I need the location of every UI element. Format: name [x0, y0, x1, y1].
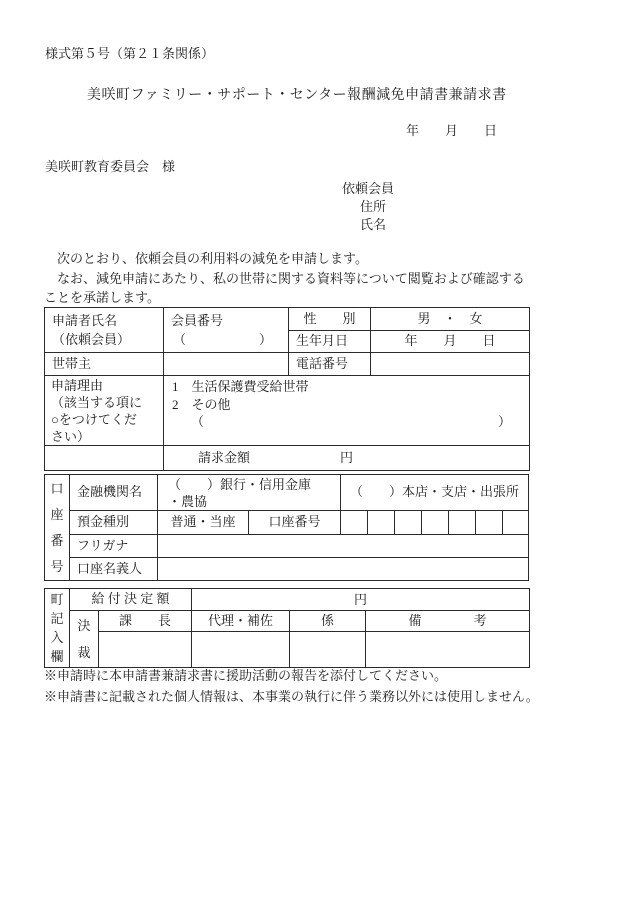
approval-cell-staff	[290, 632, 366, 668]
approval-cell-remarks	[366, 632, 530, 668]
date-line: 年 月 日	[44, 123, 529, 139]
branch-type-field: （ ）本店・支店・出張所	[341, 475, 529, 511]
paren-open: （	[173, 330, 186, 349]
account-number-label: 口座番号	[249, 511, 341, 535]
column-remarks: 備 考	[366, 611, 530, 632]
birth-date-field: 年 月 日	[371, 331, 530, 353]
account-digit-cell	[395, 511, 422, 535]
furigana-label: フリガナ	[70, 535, 158, 558]
gender-label: 性 別	[289, 308, 371, 331]
office-side-label-text: 町記入欄	[50, 590, 65, 666]
applicant-name-label: 申請者氏名 （依頼会員）	[45, 308, 164, 353]
bank-type-field: （ ）銀行・信用金庫 ・農協	[158, 475, 341, 511]
grant-amount-field: 円	[192, 589, 530, 611]
furigana-field	[158, 535, 529, 558]
signer-name-label: 氏名	[360, 217, 386, 233]
account-table: 口座番号 金融機関名 （ ）銀行・信用金庫 ・農協 （ ）本店・支店・出張所 預…	[44, 474, 529, 581]
body-line-2: なお、減免申請にあたり、私の世帯に関する資料等について閲覧および確認する	[44, 269, 544, 289]
form-page: 様式第５号（第２１条関係） 美咲町ファミリー・サポート・センター報酬減免申請書兼…	[0, 0, 630, 903]
reason-label-line1: 申請理由	[45, 377, 163, 394]
paren-close: ）	[498, 413, 511, 431]
claim-amount-label: 請求金額	[198, 450, 250, 466]
signer-member-label: 依頼会員	[342, 181, 394, 197]
note-attachment: ※申請時に本申請書兼請求書に援助活動の報告を添付してください。	[44, 668, 447, 684]
householder-label: 世帯主	[45, 353, 164, 376]
gender-value: 男 ・ 女	[371, 308, 530, 331]
account-digit-cell	[476, 511, 503, 535]
applicant-name-label-line2: （依頼会員）	[52, 330, 163, 349]
office-table: 町記入欄 給 付 決 定 額 円 決裁 課 長 代理・補佐 係 備 考	[44, 588, 530, 668]
birth-date-label: 生年月日	[289, 331, 371, 353]
account-digit-cell	[449, 511, 476, 535]
reason-label-line3: ○をつけてくだ	[45, 411, 163, 428]
page-title: 美咲町ファミリー・サポート・センター報酬減免申請書兼請求書	[87, 87, 507, 105]
approval-cell-deputy	[192, 632, 290, 668]
paren-open: （	[191, 413, 204, 431]
approval-label-text: 決裁	[77, 612, 92, 666]
applicant-name-label-line1: 申請者氏名	[52, 311, 163, 330]
office-side-label: 町記入欄	[45, 589, 70, 668]
bank-type-line2: ・農協	[158, 493, 340, 510]
account-digit-cell	[368, 511, 395, 535]
form-number: 様式第５号（第２１条関係）	[45, 46, 214, 62]
column-section-chief: 課 長	[99, 611, 192, 632]
bank-name-label: 金融機関名	[70, 475, 158, 511]
signer-address-label: 住所	[360, 199, 386, 215]
deposit-type-value: 普通・当座	[158, 511, 249, 535]
addressee-line: 美咲町教育委員会 様	[45, 159, 175, 175]
approval-label: 決裁	[70, 611, 99, 668]
account-holder-label: 口座名義人	[70, 558, 158, 581]
column-deputy: 代理・補佐	[192, 611, 290, 632]
member-number-label: 会員番号	[164, 311, 288, 330]
member-number-parens: （ ）	[164, 330, 288, 349]
account-side-label: 口座番号	[45, 475, 70, 581]
reason-option-1: 1 生活保護費受給世帯	[164, 378, 529, 396]
reason-options: 1 生活保護費受給世帯 2 その他 （ ）	[164, 376, 530, 446]
column-staff: 係	[290, 611, 366, 632]
account-holder-field	[158, 558, 529, 581]
phone-label: 電話番号	[289, 353, 371, 376]
body-paragraph: 次のとおり、依頼会員の利用料の減免を申請します。 なお、減免申請にあたり、私の世…	[44, 249, 544, 308]
deposit-type-label: 預金種別	[70, 511, 158, 535]
account-side-label-text: 口座番号	[50, 476, 65, 580]
reason-label: 申請理由 （該当する項に ○をつけてくだ さい）	[45, 376, 164, 446]
grant-unit-label: 円	[354, 591, 367, 607]
account-digit-cell	[422, 511, 449, 535]
approval-cell-section-chief	[99, 632, 192, 668]
claim-amount-field: 請求金額 円	[164, 446, 530, 471]
body-line-1: 次のとおり、依頼会員の利用料の減免を申請します。	[44, 249, 544, 269]
reason-other-parens: （ ）	[164, 413, 529, 431]
body-line-3: ことを承諾します。	[44, 288, 544, 308]
reason-label-line4: さい）	[45, 428, 163, 445]
paren-close: ）	[259, 330, 272, 349]
reason-label-line2: （該当する項に	[45, 394, 163, 411]
note-privacy: ※申請書に記載された個人情報は、本事業の執行に伴う業務以外には使用しません。	[44, 689, 539, 705]
member-number-field: 会員番号 （ ）	[164, 308, 289, 353]
grant-amount-label: 給 付 決 定 額	[70, 589, 192, 611]
account-digit-cell	[503, 511, 529, 535]
account-digit-cell	[341, 511, 368, 535]
reason-option-2: 2 その他	[164, 396, 529, 414]
claim-unit-label: 円	[340, 450, 353, 466]
householder-field	[164, 353, 289, 376]
applicant-table: 申請者氏名 （依頼会員） 会員番号 （ ） 性 別 男 ・ 女 生年月日 年 月…	[44, 307, 530, 471]
empty-cell	[45, 446, 164, 471]
phone-field	[371, 353, 530, 376]
bank-type-line1: （ ）銀行・信用金庫	[158, 476, 340, 493]
